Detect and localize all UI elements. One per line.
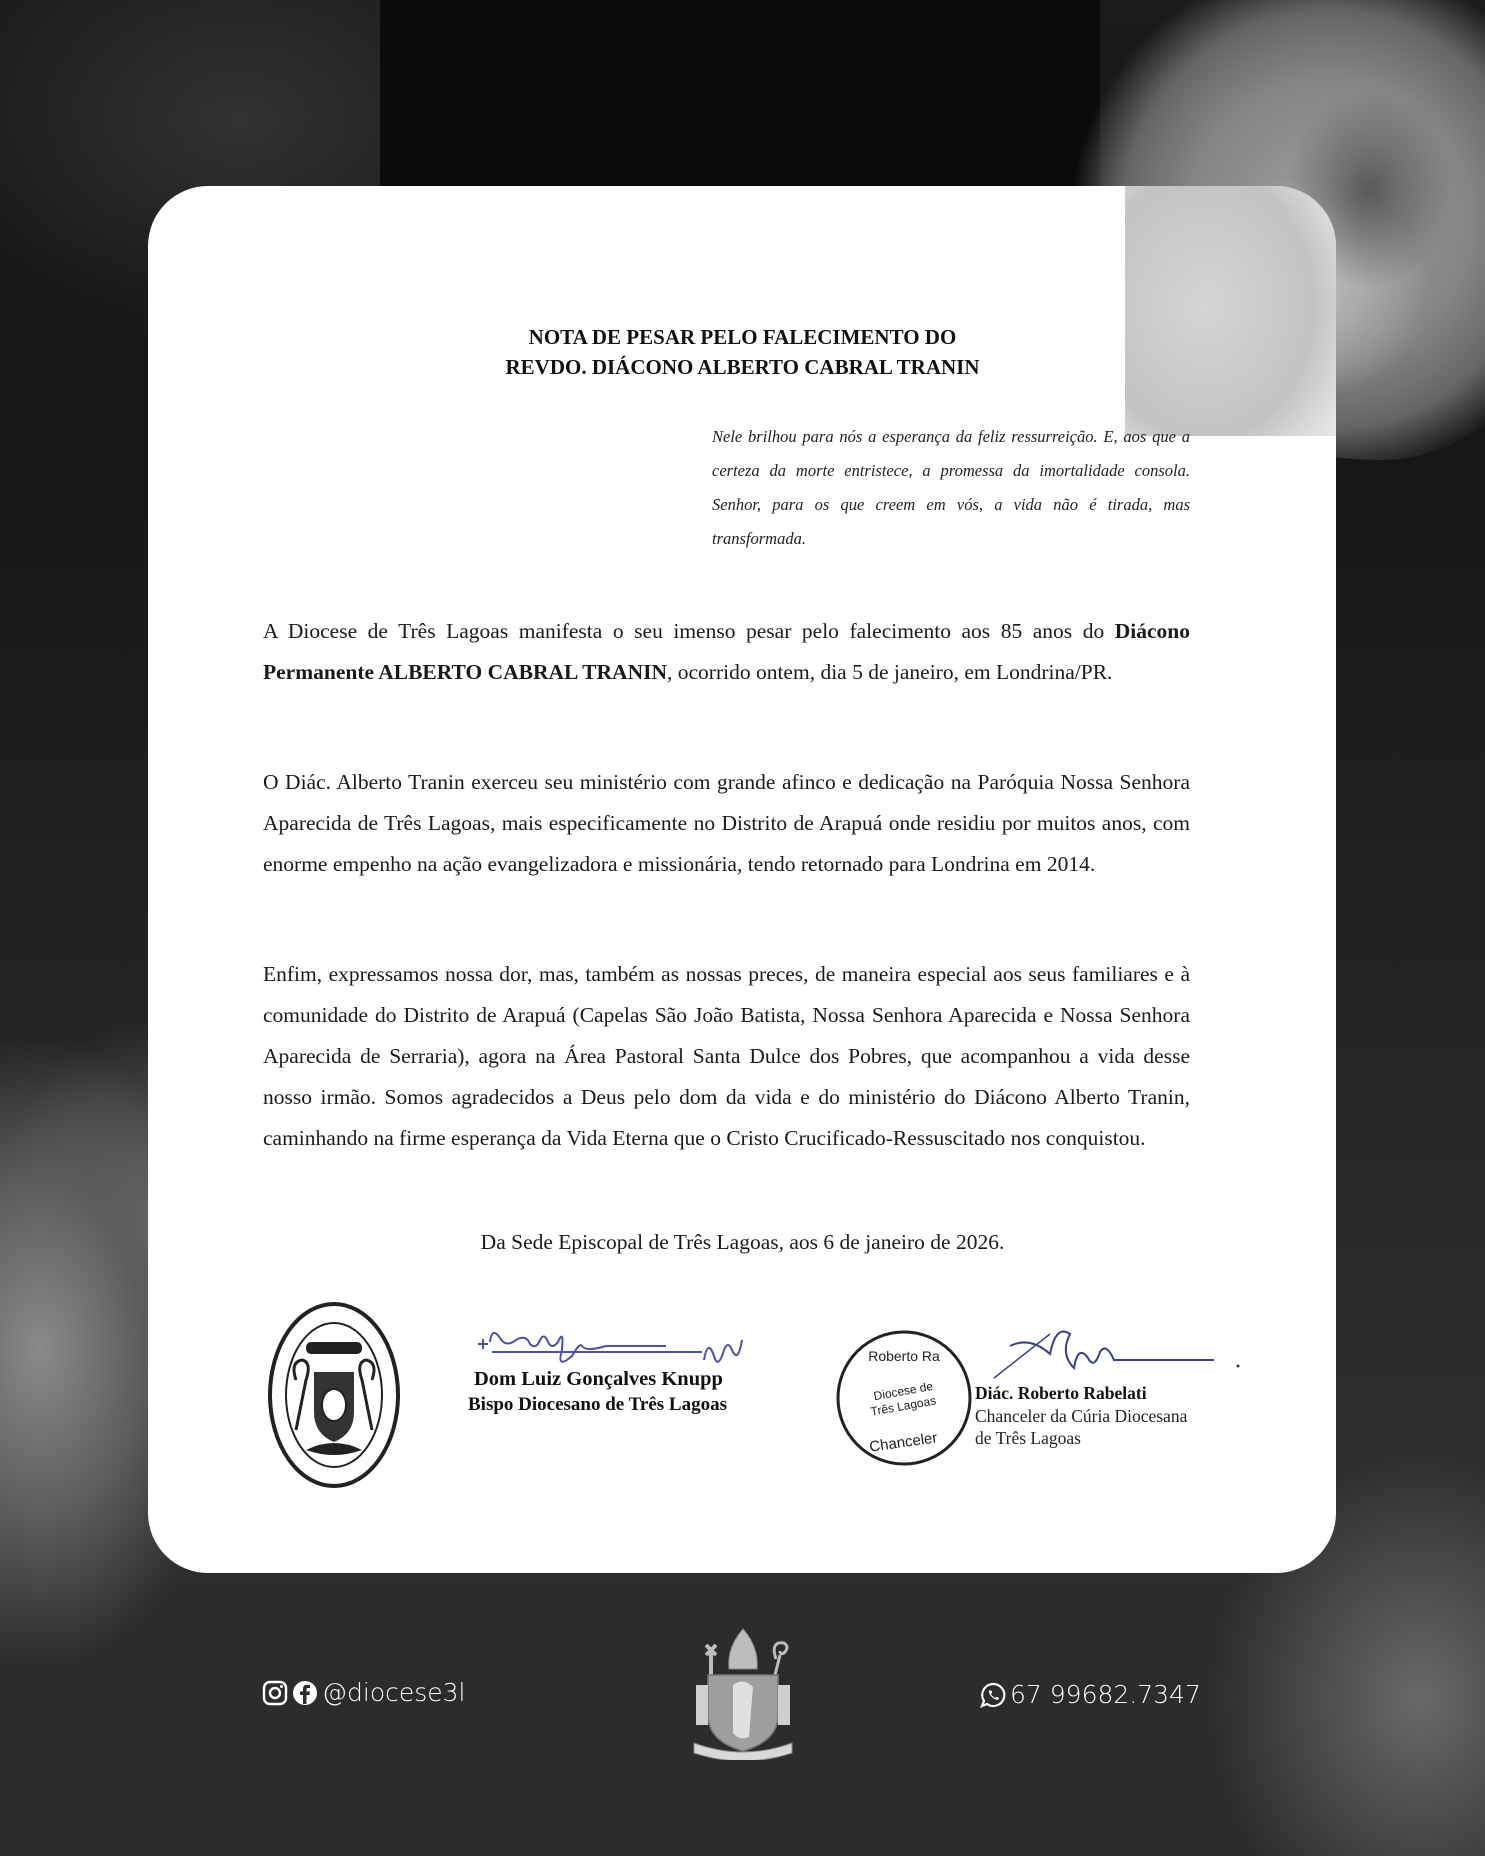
facebook-icon[interactable] (292, 1680, 318, 1706)
paragraph-1-text-end: , ocorrido ontem, dia 5 de janeiro, em L… (667, 660, 1112, 684)
bishop-seal-icon (266, 1300, 402, 1490)
paragraph-2: O Diác. Alberto Tranin exerceu seu minis… (263, 762, 1190, 885)
paragraph-1-text: A Diocese de Três Lagoas manifesta o seu… (263, 619, 1115, 643)
social-links[interactable]: @diocese3l (262, 1678, 466, 1707)
document-title: NOTA DE PESAR PELO FALECIMENTO DO REVDO.… (0, 322, 1485, 382)
whatsapp-icon[interactable] (980, 1682, 1006, 1708)
chancellor-seal-icon: Roberto Ra Diocese de Três Lagoas Chance… (834, 1325, 974, 1471)
title-line-1: NOTA DE PESAR PELO FALECIMENTO DO (0, 322, 1485, 352)
bishop-name: Dom Luiz Gonçalves Knupp (474, 1368, 723, 1391)
title-line-2: REVDO. DIÁCONO ALBERTO CABRAL TRANIN (0, 352, 1485, 382)
chancellor-signature-icon (990, 1318, 1240, 1388)
epigraph: Nele brilhou para nós a esperança da fel… (712, 420, 1190, 556)
instagram-icon[interactable] (262, 1680, 288, 1706)
background-shadow (380, 0, 1100, 186)
chancellor-role-2: de Três Lagoas (975, 1428, 1081, 1449)
svg-text:Chanceler: Chanceler (868, 1429, 938, 1455)
phone-number[interactable]: 67 99682.7347 (1010, 1680, 1201, 1709)
chancellor-role: Chanceler da Cúria Diocesana (975, 1406, 1187, 1427)
phone-contact[interactable]: 67 99682.7347 (980, 1680, 1201, 1709)
social-handle[interactable]: @diocese3l (322, 1678, 466, 1707)
paragraph-1: A Diocese de Três Lagoas manifesta o seu… (263, 611, 1190, 693)
svg-text:Roberto Ra: Roberto Ra (868, 1348, 940, 1364)
chancellor-name: Diác. Roberto Rabelati (975, 1383, 1147, 1404)
bishop-signature-icon (476, 1322, 746, 1370)
diocese-crest-icon (688, 1625, 798, 1760)
dateline: Da Sede Episcopal de Três Lagoas, aos 6 … (0, 1230, 1485, 1255)
paragraph-3: Enfim, expressamos nossa dor, mas, també… (263, 954, 1190, 1159)
bishop-role: Bispo Diocesano de Três Lagoas (468, 1394, 727, 1416)
